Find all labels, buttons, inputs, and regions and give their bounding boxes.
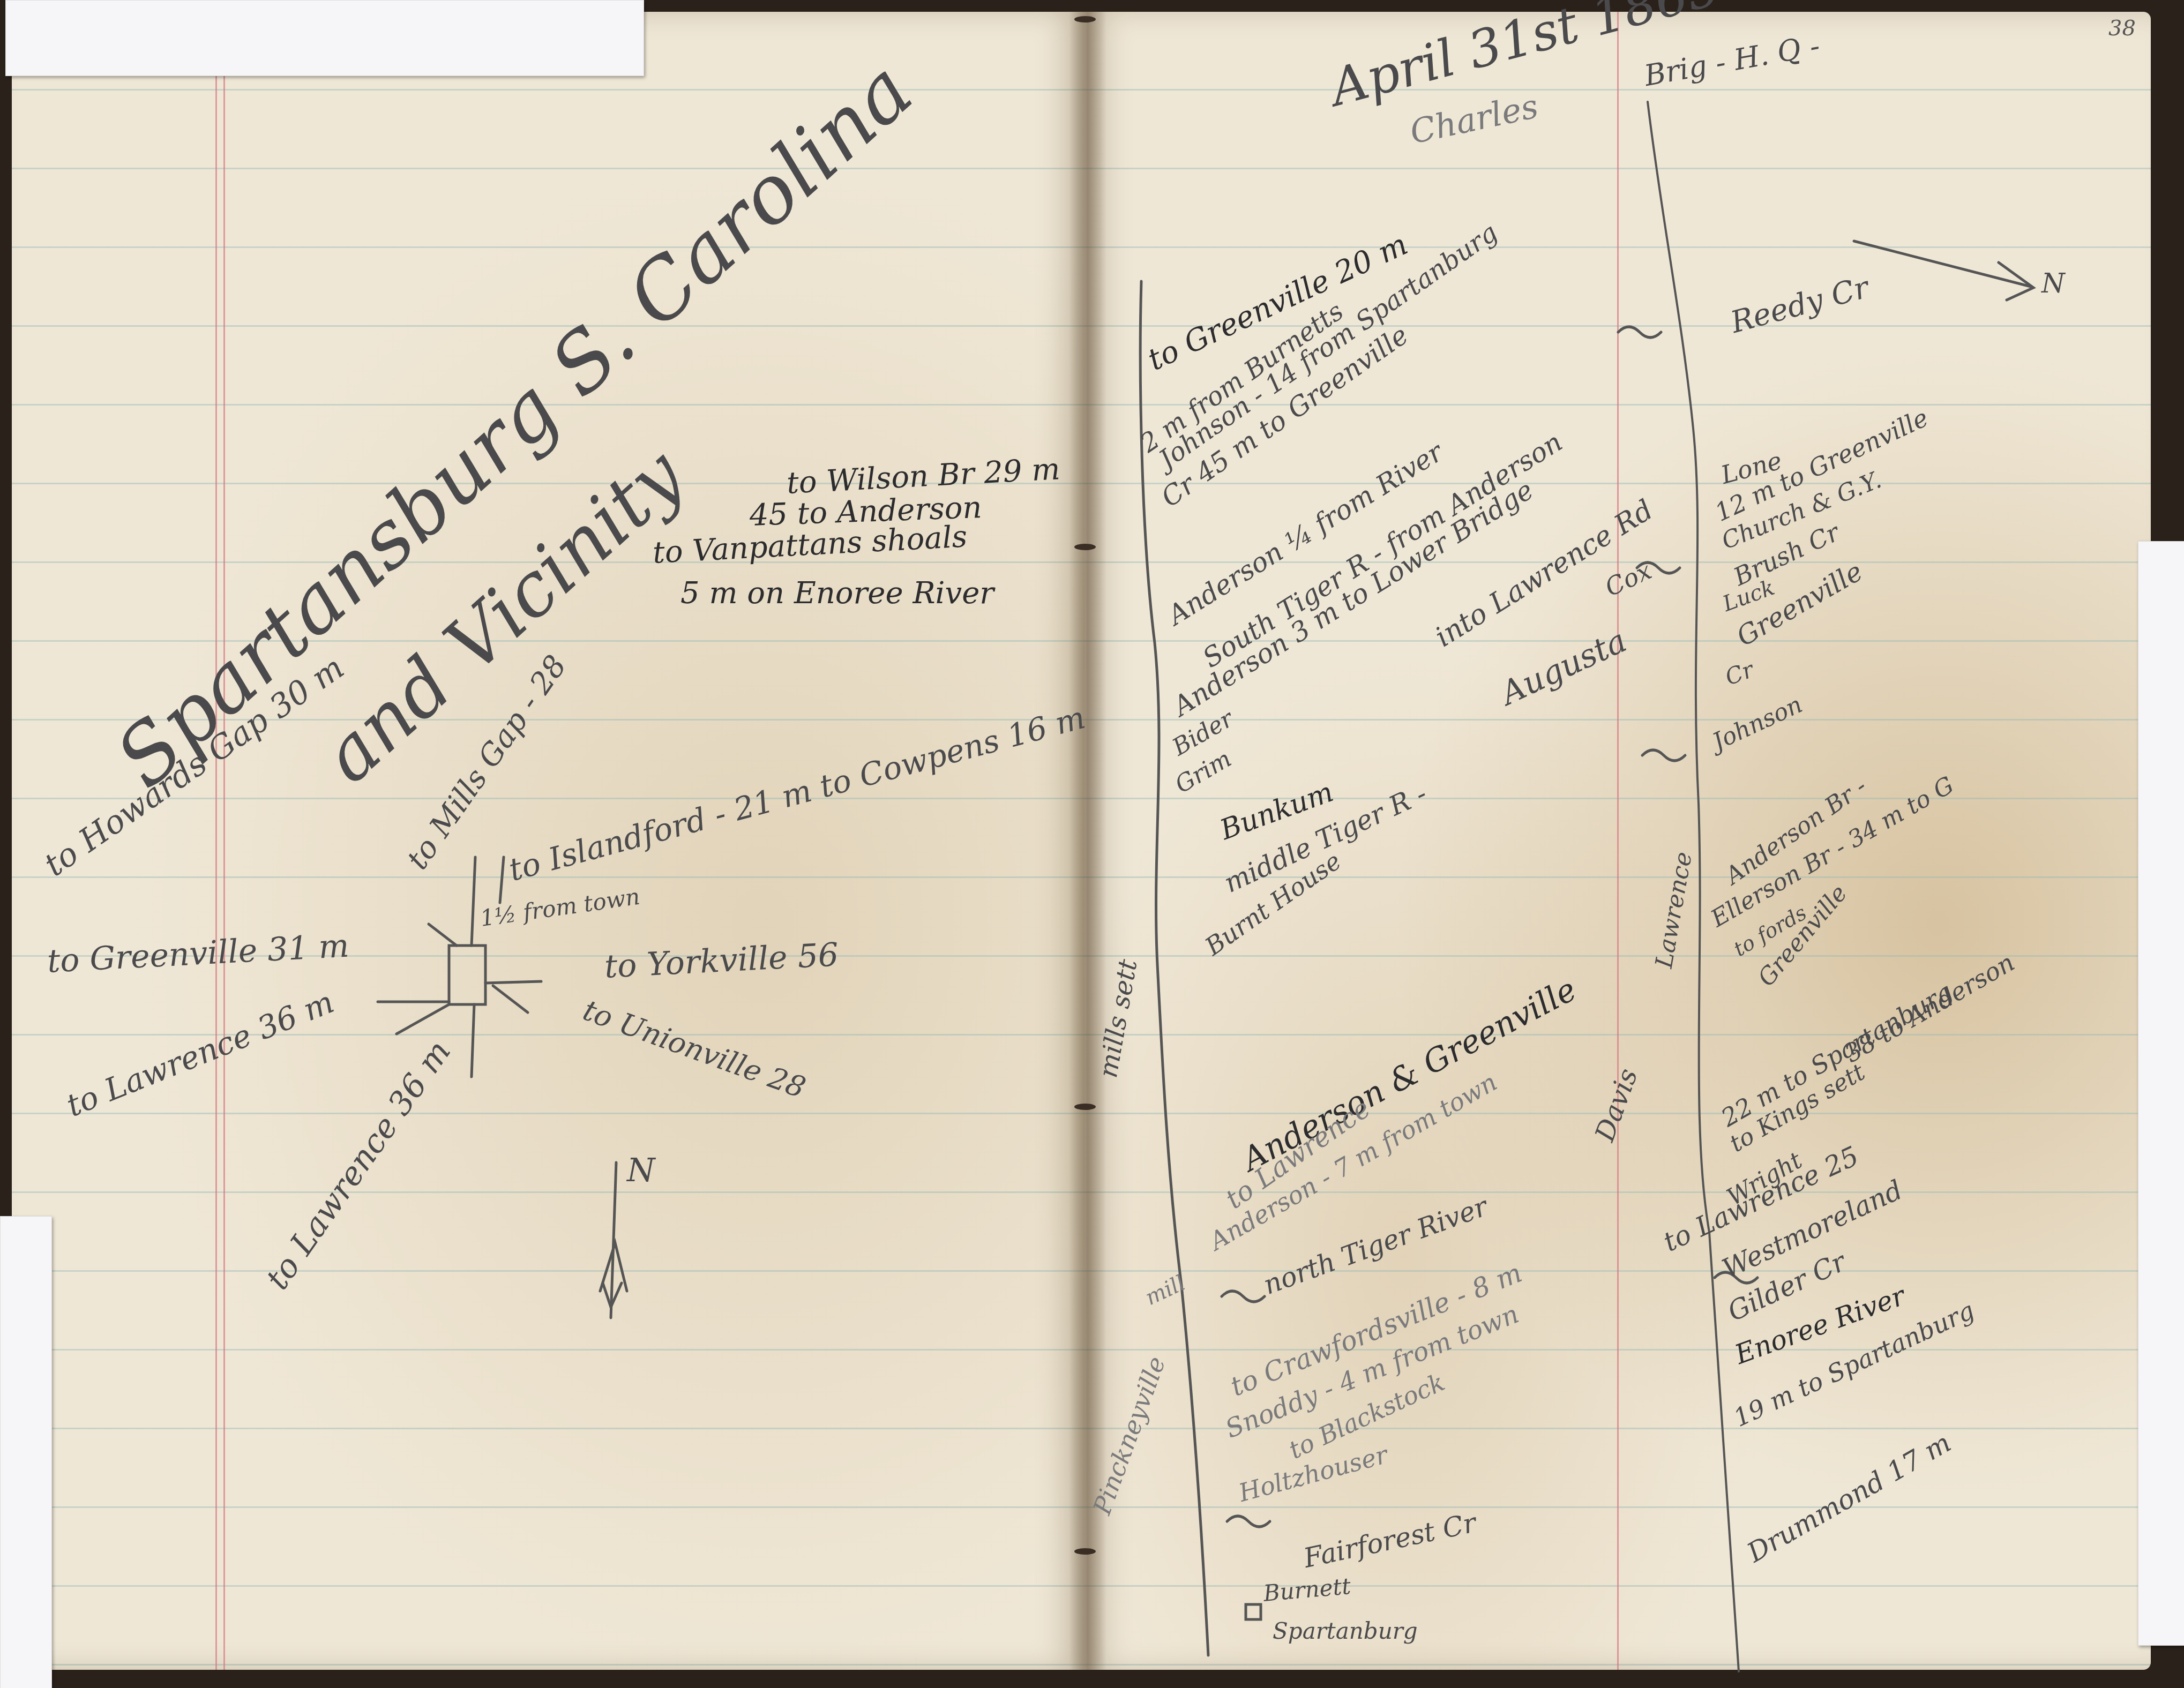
road-label: Spartanburg	[1273, 1618, 1418, 1644]
page-number: 38	[2108, 16, 2136, 41]
direction-north-label: N	[2041, 268, 2065, 299]
note-enoree-river: 5 m on Enoree River	[680, 576, 994, 611]
spartanburg-square-icon	[1246, 1604, 1261, 1619]
town-square-icon	[449, 946, 485, 1004]
compass-north-label: N	[627, 1152, 655, 1189]
